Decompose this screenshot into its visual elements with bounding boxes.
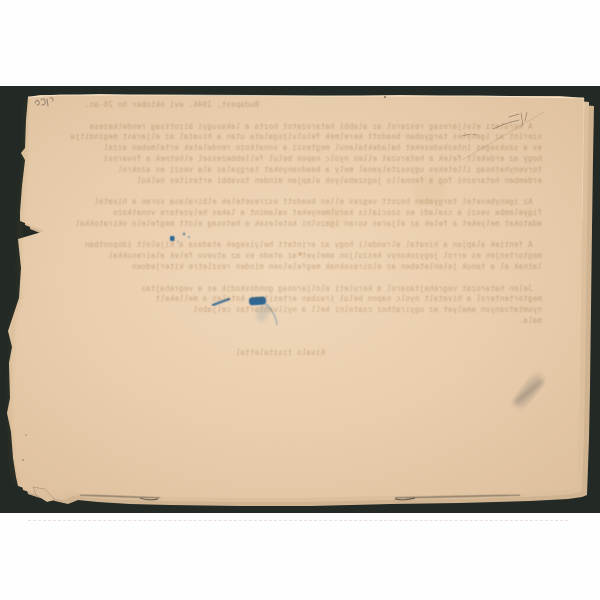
scan-margin-bottom <box>0 513 600 600</box>
paper-sheet-graphic <box>0 86 600 513</box>
paper-grain-texture <box>7 94 584 498</box>
scan-artifact-line <box>28 520 568 521</box>
scanned-document-photo: Budapest, 1946. evi oktober ho 26-an. A … <box>0 0 600 600</box>
photo-background: Budapest, 1946. evi oktober ho 26-an. A … <box>0 86 600 513</box>
scan-margin-top <box>0 0 600 86</box>
